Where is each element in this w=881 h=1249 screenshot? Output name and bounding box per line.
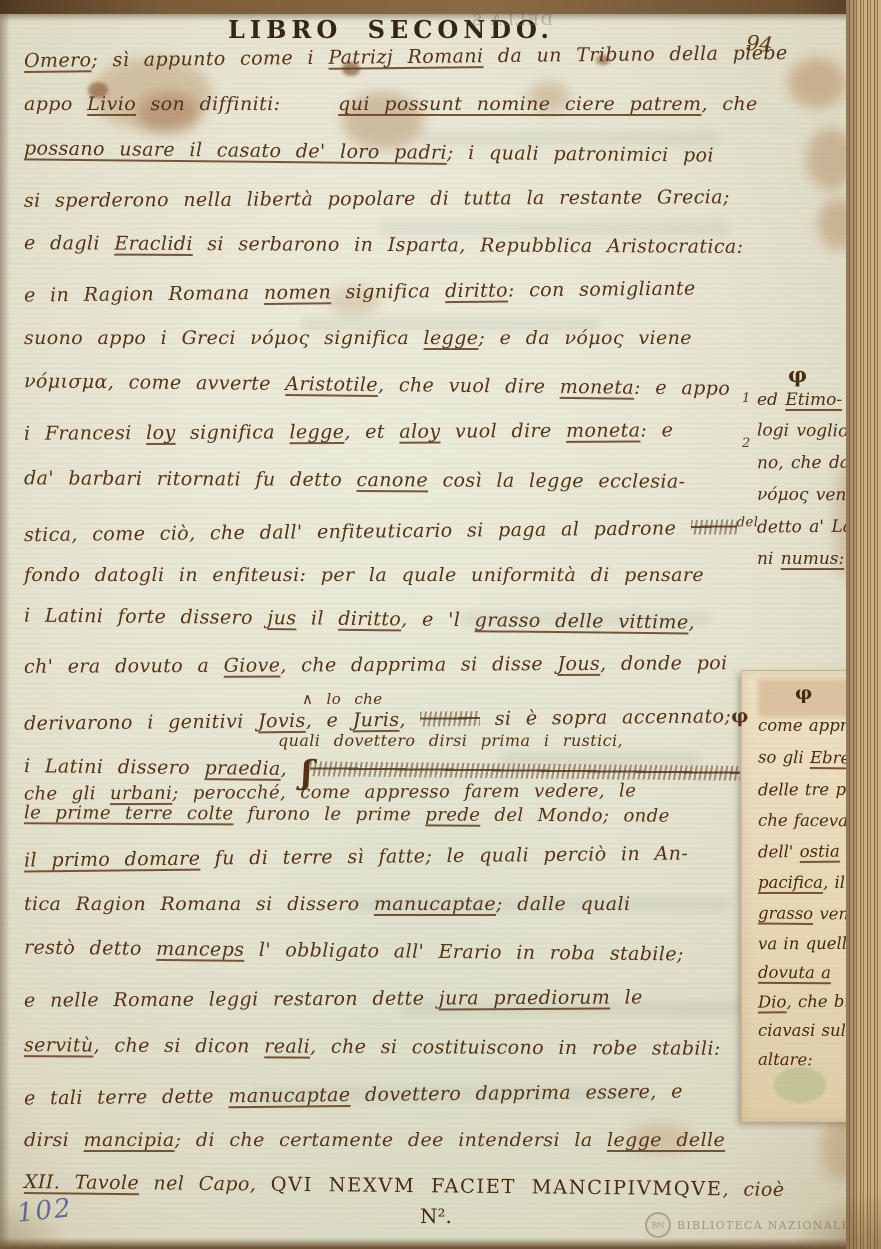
- text-segment: quali dovettero dirsi prima i rustici,: [278, 731, 623, 750]
- margin-note-line: no, che da: [757, 455, 850, 472]
- text-segment: Juris: [353, 709, 400, 731]
- text-segment: mancipia: [84, 1129, 175, 1151]
- slip-note-line: va in quella: [758, 936, 857, 953]
- text-segment: furono le prime: [233, 803, 425, 825]
- show-through: [380, 222, 730, 235]
- text-segment: dovuta a: [758, 963, 831, 982]
- text-segment: legge delle: [607, 1129, 725, 1151]
- text-segment: , che dapprima si disse: [280, 653, 557, 676]
- text-segment: , che si dicon: [94, 1035, 265, 1058]
- text-segment: l' obbligato all' Erario in roba stabile…: [244, 939, 684, 966]
- manuscript-line: possano usare il casato de' loro padri; …: [24, 139, 714, 165]
- text-segment: nomen: [264, 281, 331, 304]
- text-segment: ,: [281, 758, 302, 780]
- text-segment: ; sì appunto come i: [91, 47, 328, 71]
- text-segment: ; dalle quali: [496, 893, 630, 915]
- manuscript-line: da' barbari ritornati fu detto canone co…: [24, 469, 686, 491]
- manuscript-line: tica Ragion Romana si dissero manucaptae…: [24, 895, 630, 914]
- text-segment: suono appo i Greci νόμος significa: [24, 327, 424, 349]
- text-segment: servitù: [24, 1034, 94, 1056]
- text-segment: dovettero dapprima essere, e: [350, 1081, 683, 1106]
- text-segment: i Latini dissero: [24, 755, 205, 779]
- text-segment: so gli: [758, 747, 810, 767]
- text-segment: stica, come ciò, che dall' enfiteuticari…: [24, 517, 691, 546]
- text-segment: Jovis: [258, 710, 306, 732]
- manuscript-line: e nelle Romane leggi restaron dette jura…: [24, 988, 643, 1010]
- text-segment: , cioè: [722, 1178, 784, 1201]
- text-segment: e tali terre dette: [24, 1085, 229, 1109]
- text-segment: Giove: [224, 654, 281, 676]
- text-segment: aloy: [399, 421, 440, 443]
- struck-out-scribble: [691, 520, 737, 535]
- text-segment: son diffiniti:: [136, 93, 280, 115]
- text-segment: jus: [267, 607, 296, 629]
- text-segment: QVI NEXVM FACIET MANCIPIVMQVE: [271, 1173, 723, 1201]
- text-segment: jura praediorum: [439, 987, 611, 1010]
- text-segment: ,: [688, 611, 695, 633]
- text-segment: vuol dire: [440, 420, 566, 443]
- text-segment: ch' era dovuto a: [24, 655, 224, 678]
- text-segment: no, che da: [757, 453, 850, 473]
- text-segment: significa: [331, 280, 445, 303]
- manuscript-line: il primo domare fu di terre sì fatte; le…: [24, 845, 688, 871]
- text-segment: che gli: [24, 783, 110, 804]
- text-segment: ∧ lo che: [302, 690, 382, 708]
- slip-note-line: φ: [795, 684, 812, 703]
- text-segment: il primo domare: [24, 848, 201, 872]
- text-segment: Livio: [87, 93, 136, 115]
- text-segment: derivarono i genitivi: [24, 710, 258, 734]
- slip-note-line: grasso veni-: [758, 905, 860, 923]
- text-segment: diritto: [445, 279, 508, 302]
- manuscript-line: stica, come ciò, che dall' enfiteuticari…: [24, 516, 759, 545]
- text-segment: nel Capo,: [139, 1172, 271, 1195]
- text-segment: ostia: [800, 842, 840, 861]
- text-segment: manucaptae: [228, 1084, 350, 1107]
- text-segment: , il: [823, 873, 845, 892]
- text-segment: significa: [176, 421, 290, 444]
- text-segment: i Francesi: [24, 422, 146, 445]
- text-segment: Aristotile: [285, 373, 378, 396]
- text-segment: , che si costituiscono in robe stabili:: [310, 1036, 721, 1060]
- manuscript-line: appo Livio son diffiniti: qui possunt no…: [24, 95, 758, 114]
- text-segment: manceps: [156, 938, 244, 961]
- text-segment: da un Tribuno della plebe: [483, 42, 787, 67]
- text-segment: così la legge ecclesia-: [428, 469, 686, 492]
- margin-note-line: ni numus:: [757, 551, 844, 568]
- manuscript-line: derivarono i genitivi Jovis, e Juris, si…: [24, 707, 749, 734]
- text-segment: manucaptae: [374, 893, 496, 915]
- slip-note-line: altare:: [758, 1052, 813, 1069]
- text-segment: diritto: [338, 608, 401, 631]
- text-segment: , et: [344, 421, 399, 443]
- text-segment: moneta: [566, 419, 640, 441]
- slip-note-line: pacifica, il: [758, 875, 845, 892]
- wax-smudge: [774, 1067, 826, 1103]
- text-segment: possano usare il casato de' loro padri: [24, 137, 447, 163]
- text-segment: le: [610, 986, 643, 1008]
- text-segment: reali: [264, 1035, 310, 1057]
- manuscript-line: suono appo i Greci νόμος significa legge…: [24, 329, 692, 348]
- manuscript-line: dirsi mancipia; di che certamente dee in…: [24, 1131, 725, 1150]
- margin-ref-mark: 1: [742, 392, 750, 405]
- text-segment: : e appo: [634, 377, 730, 400]
- text-segment: Eraclidi: [114, 233, 193, 255]
- text-segment: dirsi: [24, 1129, 84, 1151]
- text-segment: altare:: [758, 1050, 813, 1070]
- book-bottom-edge: [0, 1238, 881, 1249]
- text-segment: da' barbari ritornati fu detto: [24, 467, 357, 491]
- text-segment: prede: [425, 804, 480, 825]
- text-segment: 1: [742, 391, 750, 406]
- manuscript-line: e dagli Eraclidi si serbarono in Isparta…: [24, 234, 744, 257]
- text-segment: urbani: [110, 783, 172, 804]
- manuscript-line: e tali terre dette manucaptae dovettero …: [24, 1083, 683, 1109]
- manuscript-line: che gli urbani; perocché, come appresso …: [24, 782, 636, 803]
- manuscript-line: e in Ragion Romana nomen significa dirit…: [24, 279, 696, 305]
- slip-note-line: so gli Ebrei: [758, 749, 856, 767]
- text-segment: , e: [306, 709, 353, 731]
- manuscript-line: XII. Tavole nel Capo, QVI NEXVM FACIET M…: [24, 1172, 785, 1200]
- text-segment: , che: [701, 93, 757, 115]
- corner-shadow: [0, 1199, 70, 1249]
- text-segment: ; i quali patronimici poi: [447, 142, 714, 167]
- text-segment: XII. Tavole: [24, 1171, 139, 1194]
- text-segment: qui possunt nomine ciere patrem: [338, 93, 701, 115]
- text-segment: : e: [640, 419, 673, 441]
- text-segment: fu di terre sì fatte; le quali perciò in…: [200, 843, 688, 870]
- text-segment: 2: [742, 436, 750, 451]
- text-segment: e nelle Romane leggi restaron dette: [24, 987, 439, 1011]
- text-segment: moneta: [560, 376, 635, 399]
- text-segment: , donde poi: [600, 652, 728, 675]
- text-segment: logi voglio-: [757, 420, 854, 441]
- book-top-edge: [0, 0, 881, 14]
- manuscript-line: i Francesi loy significa legge, et aloy …: [24, 421, 673, 443]
- text-segment: φ: [731, 705, 749, 727]
- text-segment: φ: [788, 362, 807, 387]
- margin-note-line: ed Etimo-: [757, 392, 842, 409]
- text-segment: del Mondo; onde: [480, 805, 669, 827]
- text-segment: Jous: [557, 653, 600, 675]
- text-segment: [280, 93, 338, 115]
- text-segment: , e 'l: [401, 608, 475, 631]
- manuscript-line: ∧ lo che: [302, 692, 382, 707]
- text-segment: ni: [757, 549, 781, 569]
- book-fore-edge: [846, 0, 881, 1249]
- text-segment: pacifica: [758, 873, 823, 892]
- text-segment: del: [737, 515, 759, 530]
- text-segment: : con somigliante: [508, 277, 696, 301]
- text-segment: loy: [146, 422, 176, 444]
- text-segment: numus:: [781, 549, 844, 569]
- text-segment: praedia: [204, 757, 280, 780]
- stain: [788, 58, 846, 108]
- text-segment: Etimo-: [785, 390, 842, 410]
- text-segment: ,: [399, 709, 420, 731]
- text-segment: νόμισμα, come avverte: [24, 370, 285, 395]
- text-segment: ed: [757, 390, 785, 410]
- corner-shadow: [791, 1189, 881, 1249]
- manuscript-line: si sperderono nella libertà popolare di …: [24, 188, 730, 211]
- text-segment: e in Ragion Romana: [24, 282, 264, 307]
- text-segment: tica Ragion Romana si dissero: [24, 893, 374, 915]
- text-segment: Dio: [758, 992, 787, 1011]
- text-segment: appo: [24, 93, 87, 115]
- library-stamp-icon: BN: [645, 1212, 671, 1238]
- text-segment: Omero: [24, 49, 92, 72]
- text-segment: dell': [758, 842, 800, 861]
- text-segment: i Latini forte dissero: [24, 604, 268, 629]
- text-segment: restò detto: [24, 937, 156, 960]
- text-segment: il: [296, 607, 338, 629]
- text-segment: , che vuol dire: [378, 374, 560, 398]
- text-segment: va in quella: [758, 934, 857, 954]
- text-segment: si serbarono in Isparta, Repubblica Aris…: [193, 233, 744, 258]
- text-segment: le prime terre colte: [24, 802, 234, 824]
- manuscript-line: quali dovettero dirsi prima i rustici,: [278, 733, 623, 749]
- struck-out-scribble: [310, 761, 740, 780]
- struck-out-scribble: [420, 711, 480, 726]
- slip-note-line: ciavasi sull': [758, 1023, 856, 1040]
- manuscript-line: i Latini forte dissero jus il diritto, e…: [24, 606, 695, 632]
- text-segment: ; perocché, come appresso farem vedere, …: [172, 780, 636, 803]
- text-segment: grasso delle vittime: [475, 609, 689, 633]
- text-segment: Patrizj Romani: [328, 45, 483, 69]
- manuscript-line: νόμισμα, come avverte Aristotile, che vu…: [24, 372, 730, 398]
- text-segment: si sperderono nella libertà popolare di …: [24, 186, 730, 212]
- text-segment: fondo datogli in enfiteusi: per la quale…: [24, 564, 704, 586]
- text-segment: φ: [795, 682, 812, 704]
- slip-note-line: dell' ostia: [758, 844, 840, 861]
- manuscript-page: LIBRO SECONDO. DELLA S 94 Omero; sì appu…: [0, 0, 881, 1249]
- text-segment: si è sopra accennato;: [480, 705, 731, 730]
- margin-note-line: φ: [788, 364, 807, 386]
- text-segment: ciavasi sull': [758, 1021, 856, 1040]
- margin-note-line: logi voglio-: [757, 422, 854, 440]
- catchword: N².: [420, 1204, 452, 1228]
- text-segment: legge: [289, 421, 344, 443]
- text-segment: legge: [424, 327, 479, 349]
- margin-ref-mark: 2: [742, 437, 750, 450]
- manuscript-line: restò detto manceps l' obbligato all' Er…: [24, 939, 684, 965]
- text-segment: ; di che certamente dee intendersi la: [175, 1129, 607, 1151]
- text-segment: grasso: [758, 903, 813, 923]
- text-segment: ; e da νόμος viene: [478, 327, 691, 349]
- manuscript-line: Omero; sì appunto come i Patrizj Romani …: [24, 44, 788, 71]
- manuscript-line: fondo datogli in enfiteusi: per la quale…: [24, 566, 704, 585]
- manuscript-line: le prime terre colte furono le prime pre…: [24, 804, 670, 825]
- slip-note-line: dovuta a: [758, 965, 831, 982]
- book-left-edge: [0, 0, 10, 1249]
- manuscript-line: ch' era dovuto a Giove, che dapprima si …: [24, 654, 728, 677]
- text-segment: e dagli: [24, 232, 114, 254]
- text-segment: canone: [356, 469, 428, 491]
- manuscript-line: servitù, che si dicon reali, che si cost…: [24, 1036, 721, 1059]
